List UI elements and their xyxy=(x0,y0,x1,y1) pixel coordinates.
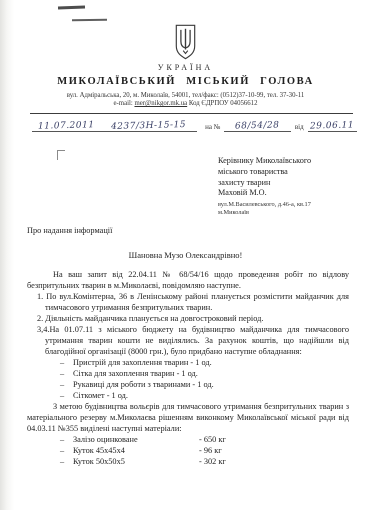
salutation: Шановна Музо Олександрівно! xyxy=(0,250,371,260)
materials-paragraph: З метою будівництва вольєрів для тимчасо… xyxy=(27,401,349,434)
dash-bullet: – xyxy=(60,445,73,456)
recipient-line: міського товариства xyxy=(218,167,371,178)
intro-paragraph: На ваш запит від 22.04.11 № 68/54/16 щод… xyxy=(27,269,349,291)
recipient-address-line: м.Миколаїв xyxy=(218,209,371,217)
recipient-line: Маховій М.О. xyxy=(218,188,371,199)
numbered-item: 3,4.На 01.07.11 з міського бюджету на бу… xyxy=(45,324,349,357)
incoming-number-handwritten: 68/54/28 xyxy=(235,120,280,131)
material-name: Куток 45х45х4 xyxy=(73,445,199,456)
recipient-address-line: вул.М.Василевського, д.46-а, кв.17 xyxy=(218,201,371,209)
outgoing-number-blank: 4237/3Н-15-15 xyxy=(100,121,197,132)
equipment-text: Сітка для захоплення тварин - 1 од. xyxy=(73,369,198,378)
scan-artifact-mark xyxy=(72,19,107,22)
org-address-line: вул. Адміральська, 20, м. Миколаїв, 5400… xyxy=(0,92,371,99)
email-address: mer@nikgor.mk.ua xyxy=(134,100,187,107)
material-quantity: - 96 кг xyxy=(199,445,222,456)
letterhead: УКРАЇНА МИКОЛАЇВСЬКИЙ МІСЬКИЙ ГОЛОВА вул… xyxy=(0,24,371,107)
incoming-number-blank: 68/54/28 xyxy=(224,121,290,132)
country-title: УКРАЇНА xyxy=(0,63,371,72)
equipment-list-item: Пристрій для захоплення тварин - 1 од. xyxy=(60,357,349,368)
scan-artifact-mark xyxy=(58,6,85,10)
material-name: Залізо оцинковане xyxy=(73,434,199,445)
material-row: – Куток 45х45х4 - 96 кг xyxy=(60,445,349,456)
material-row: – Залізо оцинковане - 650 кг xyxy=(60,434,349,445)
material-name: Куток 50х50х5 xyxy=(73,456,199,467)
in-reply-label: на № xyxy=(205,123,220,132)
address-zone-corner-mark xyxy=(57,150,65,160)
equipment-list-item: Сітка для захоплення тварин - 1 од. xyxy=(60,368,349,379)
outgoing-number-handwritten: 4237/3Н-15-15 xyxy=(111,120,186,132)
scanned-letter-page: УКРАЇНА МИКОЛАЇВСЬКИЙ МІСЬКИЙ ГОЛОВА вул… xyxy=(0,0,371,510)
outgoing-date-blank: 11.07.2011 xyxy=(32,121,100,132)
incoming-date-handwritten: 29.06.11 xyxy=(310,120,354,131)
recipient-line: захисту тварин xyxy=(218,178,371,189)
organization-title: МИКОЛАЇВСЬКИЙ МІСЬКИЙ ГОЛОВА xyxy=(0,76,371,87)
material-row: – Куток 50х50х5 - 302 кг xyxy=(60,456,349,467)
ukraine-tryzub-icon xyxy=(174,24,197,60)
dash-bullet: – xyxy=(60,456,73,467)
equipment-text: Сіткомет - 1 од. xyxy=(73,391,128,400)
recipient-line: Керівнику Миколаївського xyxy=(218,156,371,167)
equipment-list-item: Сіткомет - 1 од. xyxy=(60,390,349,401)
letter-subject: Про надання інформації xyxy=(27,226,371,235)
numbered-item: 2. Діяльність майданчика планується на д… xyxy=(45,313,349,324)
outgoing-date-handwritten: 11.07.2011 xyxy=(38,120,95,131)
dash-bullet: – xyxy=(60,434,73,445)
incoming-date-label: від xyxy=(295,123,304,132)
equipment-text: Рукавиці для роботи з тваринами - 1 од. xyxy=(73,380,214,389)
letter-body: На ваш запит від 22.04.11 № 68/54/16 щод… xyxy=(27,269,349,467)
letterhead-divider xyxy=(30,113,353,114)
material-quantity: - 650 кг xyxy=(199,434,226,445)
material-quantity: - 302 кг xyxy=(199,456,226,467)
equipment-text: Пристрій для захоплення тварин - 1 од. xyxy=(73,358,212,367)
incoming-date-blank: 29.06.11 xyxy=(308,121,357,132)
edrpou-code: Код ЄДРПОУ 04056612 xyxy=(189,100,258,107)
org-email-line: e-mail: mer@nikgor.mk.ua Код ЄДРПОУ 0405… xyxy=(0,100,371,107)
equipment-list-item: Рукавиці для роботи з тваринами - 1 од. xyxy=(60,379,349,390)
email-label: e-mail: xyxy=(114,100,133,107)
registration-line: 11.07.2011 4237/3Н-15-15 на № 68/54/28 в… xyxy=(32,116,357,132)
numbered-item: 1. По вул.Комінтерна, 36 в Ленінському р… xyxy=(45,291,349,313)
recipient-block: Керівнику Миколаївського міського товари… xyxy=(218,156,371,216)
